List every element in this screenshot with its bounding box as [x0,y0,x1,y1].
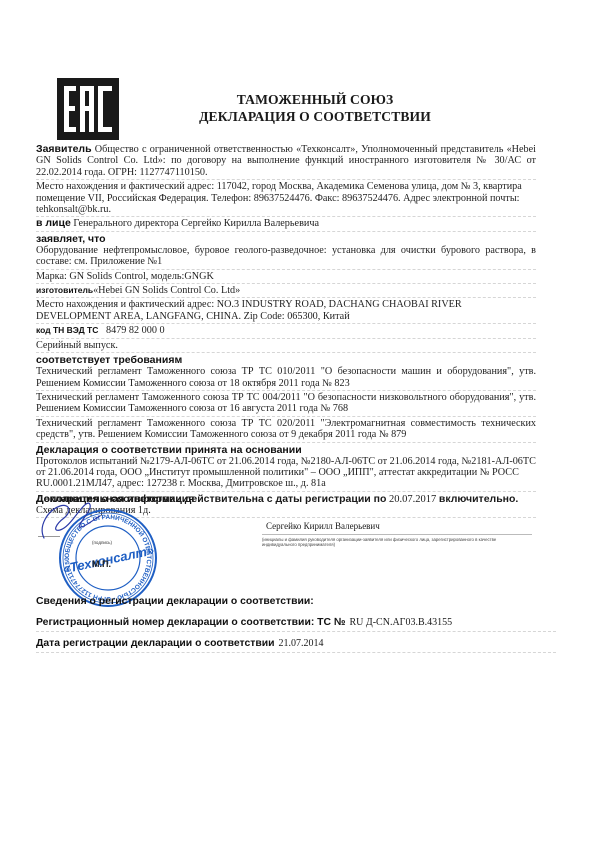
registration-date-row: Дата регистрации декларации о соответств… [36,633,556,653]
applicant-label: Заявитель [36,143,92,155]
registration-date-label: Дата регистрации декларации о соответств… [36,638,275,649]
product-description: Оборудование нефтепромысловое, буровое г… [36,245,536,270]
registration-heading: Сведения о регистрации декларации о соот… [36,596,556,607]
signer-block: Сергейко Кирилл Валерьевич (инициалы и ф… [262,521,532,547]
requirements-label: соответствует требованиям [36,354,536,366]
manufacturer-section: изготовитель«Hebei GN Solids Control Co.… [36,285,536,298]
registration-number-row: Регистрационный номер декларации о соотв… [36,612,556,632]
basis-text: Протоколов испытаний №2179-АЛ-06ТС от 21… [36,456,536,492]
validity-statement: Декларация о соответствии действительна … [36,493,576,505]
signer-name: Сергейко Кирилл Валерьевич [262,521,532,535]
validity-date: 20.07.2017 [389,494,436,505]
manufacturer-address: Место нахождения и фактический адрес: NO… [36,299,536,324]
eac-logo-icon [57,78,119,140]
tnved-value: 8479 82 000 0 [106,325,165,336]
requirement-item: Технический регламент Таможенного союза … [36,392,536,417]
tnved-label: код ТН ВЭД ТС [36,325,106,336]
representative-section: в лице Генерального директора Сергейко К… [36,218,536,231]
product-brand: Марка: GN Solids Control, модель:GNGK [36,271,536,284]
applicant-text: Общество с ограниченной ответственностью… [36,144,536,178]
manufacturer-name: «Hebei GN Solids Control Co. Ltd» [93,285,240,296]
seal-place-label: М.П. [92,559,111,569]
handwritten-signature [34,496,104,546]
declaration-body: Заявитель Общество с ограниченной ответс… [36,144,536,519]
manufacturer-label: изготовитель [36,285,93,295]
release-type: Серийный выпуск. [36,340,536,353]
validity-suffix: включительно. [439,493,518,505]
registration-number-label: Регистрационный номер декларации о соотв… [36,617,346,628]
registration-number-value: RU Д-CN.АГ03.В.43155 [350,617,453,628]
basis-label: Декларация о соответствии принята на осн… [36,444,536,456]
declares-label: заявляет, что [36,233,536,245]
document-title: ТАМОЖЕННЫЙ СОЮЗ ДЕКЛАРАЦИЯ О СООТВЕТСТВИ… [150,91,480,125]
applicant-section: Заявитель Общество с ограниченной ответс… [36,144,536,180]
registration-date-value: 21.07.2014 [279,638,324,649]
applicant-address: Место нахождения и фактический адрес: 11… [36,181,536,217]
registration-section: Сведения о регистрации декларации о соот… [36,596,556,654]
requirement-item: Технический регламент Таможенного союза … [36,366,536,391]
requirement-item: Технический регламент Таможенного союза … [36,418,536,443]
representative-label: в лице [36,217,71,229]
tnved-code-row: код ТН ВЭД ТС 8479 82 000 0 [36,325,536,338]
representative-text: Генерального директора Сергейко Кирилла … [73,218,319,229]
title-line-customs-union: ТАМОЖЕННЫЙ СОЮЗ [150,91,480,108]
title-line-declaration: ДЕКЛАРАЦИЯ О СООТВЕТСТВИИ [150,108,480,125]
signer-caption: (инициалы и фамилия руководителя организ… [262,535,532,547]
